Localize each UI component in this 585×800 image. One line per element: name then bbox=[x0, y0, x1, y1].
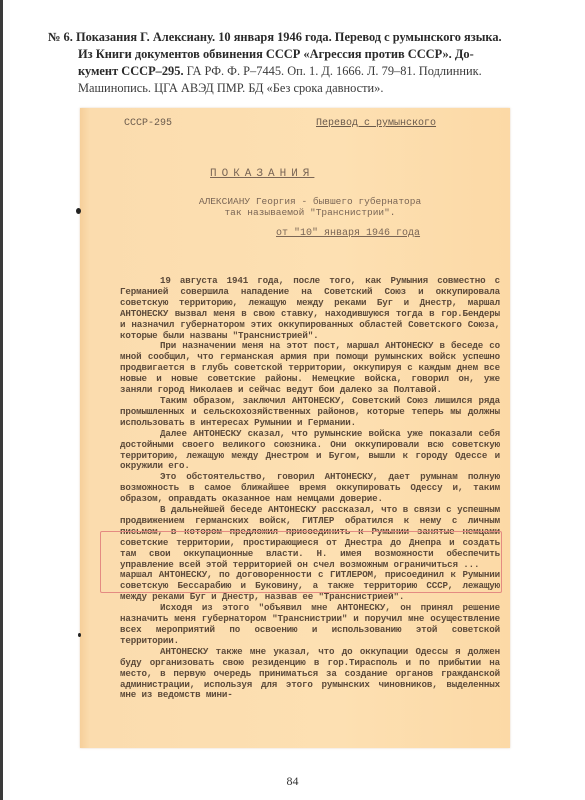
translation-note: Перевод с румынского bbox=[316, 118, 436, 129]
paragraph: маршал АНТОНЕСКУ, по договоренности с ГИ… bbox=[120, 570, 500, 603]
paragraph: Это обстоятельство, говорил АНТОНЕСКУ, д… bbox=[120, 472, 500, 505]
document-code: СССР-295 bbox=[124, 118, 172, 129]
caption-line-3: кумент СССР–295. ГА РФ. Ф. Р–7445. Оп. 1… bbox=[48, 63, 548, 80]
page-number: 84 bbox=[0, 774, 585, 789]
caption-line-2: Из Книги документов обвинения СССР «Агре… bbox=[48, 46, 548, 63]
paragraph: 19 августа 1941 года, после того, как Ру… bbox=[120, 276, 500, 341]
paragraph: АНТОНЕСКУ также мне указал, что до оккуп… bbox=[120, 647, 500, 702]
paragraph-highlighted: В дальнейшей беседе АНТОНЕСКУ рассказал,… bbox=[120, 505, 500, 570]
paragraph: При назначении меня на этот пост, маршал… bbox=[120, 341, 500, 396]
paragraph: Исходя из этого "объявил мне АНТОНЕСКУ, … bbox=[120, 603, 500, 647]
caption-line-1: № 6. Показания Г. Алексиану. 10 января 1… bbox=[48, 29, 548, 46]
paragraph: Таким образом, заключил АНТОНЕСКУ, Совет… bbox=[120, 396, 500, 429]
page-left-border bbox=[0, 0, 3, 800]
scan-hole-mark bbox=[76, 208, 81, 214]
scanned-document-image: СССР-295 Перевод с румынского ПОКАЗАНИЯ … bbox=[80, 108, 510, 748]
paragraph: Далее АНТОНЕСКУ сказал, что румынские во… bbox=[120, 429, 500, 473]
document-date: от "10" января 1946 года bbox=[276, 228, 420, 239]
document-title: ПОКАЗАНИЯ bbox=[210, 168, 314, 180]
caption-line-4: Машинопись. ЦГА АВЭД ПМР. БД «Без срока … bbox=[48, 80, 548, 97]
document-body: 19 августа 1941 года, после того, как Ру… bbox=[120, 276, 500, 701]
document-caption: № 6. Показания Г. Алексиану. 10 января 1… bbox=[48, 29, 548, 97]
scan-hole-mark bbox=[78, 633, 81, 637]
document-subtitle: АЛЕКСИАНУ Георгия - бывшего губернатора … bbox=[140, 196, 480, 218]
